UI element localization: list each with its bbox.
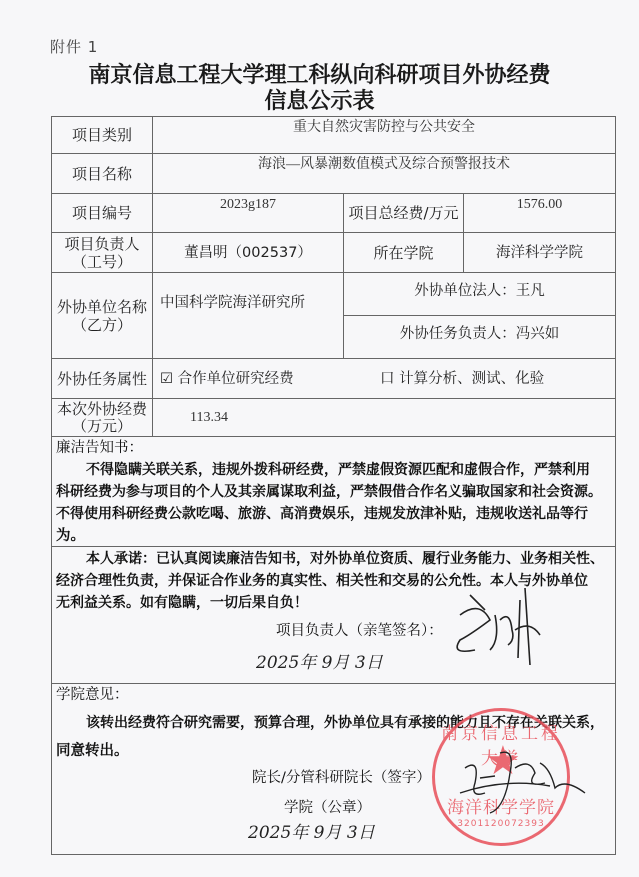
pi-label: 项目负责人 （工号） xyxy=(52,233,152,272)
task-type-option-research[interactable]: ☑ 合作单位研究经费 xyxy=(160,359,360,398)
project-number-label: 项目编号 xyxy=(52,194,152,232)
project-number-value: 2023g187 xyxy=(153,194,343,216)
integrity-line2: 科研经费为参与项目的个人及其亲属谋取利益，严禁假借合作名义骗取国家和社会资源。 xyxy=(56,481,611,503)
row-divider xyxy=(51,546,616,547)
partner-value: 中国科学院海洋研究所 xyxy=(160,273,343,333)
school-label: 所在学院 xyxy=(344,233,463,272)
pi-signature xyxy=(440,580,550,670)
pi-value: 董昌明（002537） xyxy=(153,233,343,272)
this-funding-label: 本次外协经费 （万元） xyxy=(52,399,152,436)
this-funding-label-line1: 本次外协经费 xyxy=(57,401,147,418)
integrity-line4: 为。 xyxy=(56,525,85,547)
partner-task-lead: 外协任务负责人：冯兴如 xyxy=(344,316,615,352)
partner-label: 外协单位名称 （乙方） xyxy=(52,273,152,358)
dean-signature-label: 院长/分管科研院长（签字） xyxy=(252,767,431,789)
project-name-value: 海浪—风暴潮数值模式及综合预警报技术 xyxy=(153,154,615,176)
pi-label-line2: （工号） xyxy=(72,253,132,271)
task-type-label: 外协任务属性 xyxy=(52,359,152,398)
total-funding-value: 1576.00 xyxy=(464,194,615,216)
this-funding-value: 113.34 xyxy=(190,399,270,436)
category-label: 项目类别 xyxy=(52,117,152,153)
commitment-line3: 无利益关系。如有隐瞒，一切后果自负！ xyxy=(56,592,308,614)
table-border xyxy=(51,854,616,855)
project-name-label: 项目名称 xyxy=(52,154,152,193)
partner-legal-rep: 外协单位法人：王凡 xyxy=(344,273,615,309)
total-funding-label: 项目总经费/万元 xyxy=(344,194,463,232)
seal-number: 3201120072393 xyxy=(435,819,567,829)
dean-signature xyxy=(455,738,595,818)
integrity-line3: 不得使用科研经费公款吃喝、旅游、高消费娱乐，违规发放津补贴，违规收送礼品等行 xyxy=(56,503,611,525)
commitment-line1: 本人承诺：已认真阅读廉洁告知书，对外协单位资质、履行业务能力、业务相关性、 xyxy=(86,548,604,570)
school-value: 海洋科学学院 xyxy=(464,233,615,272)
pi-signature-label: 项目负责人（亲笔签名）： xyxy=(276,620,443,642)
row-divider xyxy=(51,683,616,684)
school-opinion-line2: 同意转出。 xyxy=(56,740,129,762)
integrity-heading: 廉洁告知书： xyxy=(56,437,143,459)
task-type-option-testing[interactable]: 口 计算分析、测试、化验 xyxy=(380,359,600,398)
partner-label-line1: 外协单位名称 xyxy=(57,298,147,316)
document-subtitle: 信息公示表 xyxy=(0,84,639,115)
table-border xyxy=(615,116,616,854)
pi-label-line1: 项目负责人 xyxy=(64,235,139,253)
pi-signature-date: 2025年 9月 3日 xyxy=(256,652,383,674)
category-value: 重大自然灾害防控与公共安全 xyxy=(153,117,615,139)
integrity-line1: 不得隐瞒关联关系，违规外拨科研经费，严禁虚假资源匹配和虚假合作，严禁利用 xyxy=(86,459,611,481)
this-funding-label-line2: （万元） xyxy=(72,418,132,435)
seal-label: 学院（公章） xyxy=(284,797,371,819)
partner-label-line2: （乙方） xyxy=(72,316,132,334)
school-opinion-date: 2025年 9月 3日 xyxy=(248,822,375,844)
school-opinion-heading: 学院意见： xyxy=(56,684,129,706)
attachment-label: 附件 1 xyxy=(50,36,98,57)
